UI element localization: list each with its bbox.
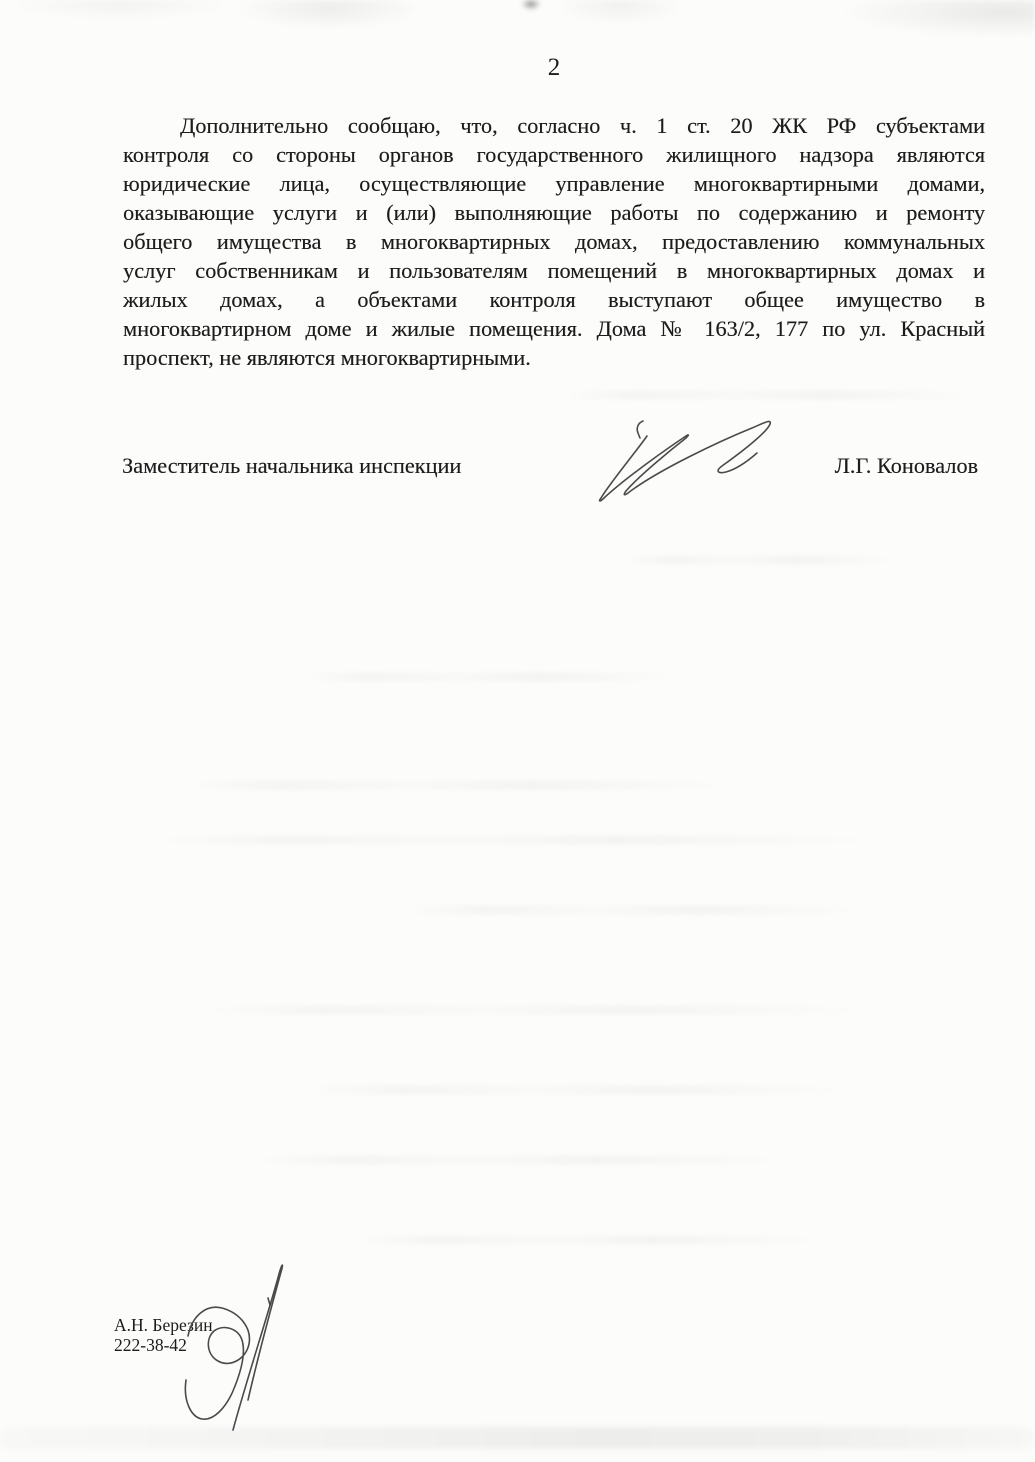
body-paragraph: Дополнительно сообщаю, что, согласно ч. … [123,111,985,372]
signatory-position-title: Заместитель начальника инспекции [122,451,461,480]
paragraph-line: оказывающие услуги и (или) выполняющие р… [123,198,985,227]
bleed-through-artifact [180,780,740,790]
page-number: 2 [123,52,985,84]
bleed-through-artifact [350,1235,830,1245]
paraph-scribble-icon [178,1258,298,1440]
paragraph-line: общего имущества в многоквартирных домах… [123,227,985,256]
scan-artifact-top-edge [0,0,1035,52]
bleed-through-artifact [300,1085,860,1095]
paragraph-line: услуг собственникам и пользователям поме… [123,256,985,285]
bleed-through-artifact [560,390,980,400]
paragraph-line: юридические лица, осуществляющие управле… [123,169,985,198]
bleed-through-artifact [200,1005,880,1015]
scan-artifact-bottom-band [0,1427,1035,1449]
bleed-through-artifact [300,672,680,682]
bleed-through-artifact [620,555,900,565]
paragraph-line: жилых домах, а объектами контроля выступ… [123,285,985,314]
signatory-name: Л.Г. Коновалов [835,451,978,480]
paragraph-line: контроля со стороны органов государствен… [123,140,985,169]
bleed-through-artifact [400,905,870,915]
bleed-through-artifact [250,1155,800,1165]
bleed-through-artifact [150,835,890,845]
paragraph-line: проспект, не являются многоквартирными. [123,343,985,372]
paragraph-line: многоквартирном доме и жилые помещения. … [123,314,985,343]
paragraph-line: Дополнительно сообщаю, что, согласно ч. … [123,111,985,140]
signature-scribble-icon [590,408,785,510]
scanned-letter-page: 2 Дополнительно сообщаю, что, согласно ч… [0,0,1035,1462]
